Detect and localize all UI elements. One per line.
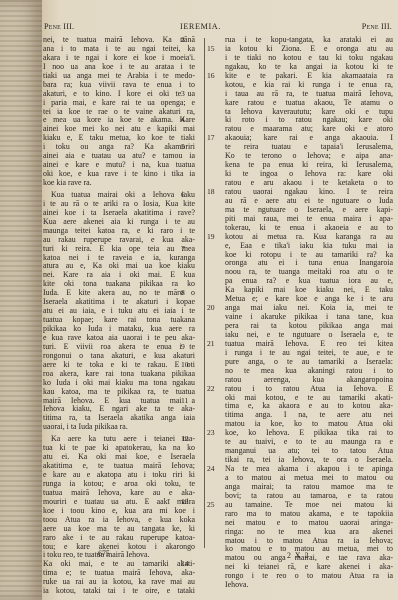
- line-text: tua ki te pae ki apatokerau, ka na ko: [43, 443, 195, 452]
- line-text: Kua tuatua mairai oki a Iehova iaku: [51, 190, 195, 199]
- line-text: piti mai raua, mei te enua maira i apa-: [225, 214, 393, 223]
- verse-number: 23: [207, 429, 215, 438]
- verse-number: 21: [207, 340, 215, 349]
- line-text: no te mea kua akaningi ratou i to: [225, 366, 393, 375]
- line-text: e kua rave katoa aia uaorai i te peu aka…: [43, 333, 195, 342]
- line-text: nei, te tuatua mairā Iehova. Ka nānā: [43, 35, 195, 44]
- line-text: uaorai, i ta Iuda pikikaa ra.: [43, 422, 128, 431]
- line-text: atu ei. Ka oki mai koe, e Iseraela: [43, 452, 195, 461]
- line-text: i toku ou anga ra? Ka akamoriri: [43, 142, 195, 151]
- header-chapter-left: Pene III.: [44, 22, 74, 31]
- line-text: e, Eaa e tika'i iaku kia tuku mai ia: [225, 241, 393, 250]
- line-text: e kare au e akatopa atu i toku riri ki: [43, 470, 195, 479]
- line-text: Kua aere akenei aia ki runga i te au: [43, 217, 195, 226]
- line-text: katoa nei i te raveia e ia, kuranga: [43, 253, 195, 262]
- line-text: au tamaine. Te moe nei matou ki: [225, 500, 393, 509]
- verse-number: 16: [207, 72, 215, 81]
- verse-number: 22: [207, 385, 215, 394]
- line-text: au rakau ruperupe ravarai, e kua aka-: [43, 235, 195, 244]
- line-text: koe, ko Iehova. E pikikaa tika rai to: [225, 428, 393, 437]
- line-text: rongo i te reo o to matou Atua ra ia: [225, 571, 393, 580]
- line-text: kite e te pakari. E kia akamaataia ra: [225, 71, 393, 80]
- line-text: bara ra; kua viivii rava te enua i to: [43, 80, 195, 89]
- line-text: atura au e, Ka oki mai ua koe kiaku: [43, 261, 195, 270]
- line-text: matou i to matou Atua ra ia Iehova;: [225, 536, 393, 545]
- line-text: pa enua ra? e kua tuatua iora au e,: [225, 276, 393, 285]
- line-text: manganui ua atu; tei to tatou Atua: [225, 446, 393, 455]
- line-text: pure anga, o te au tamariki a Iseraela:: [225, 357, 393, 366]
- line-text: anga mai iaku nei. Koia ia, mei te: [225, 303, 393, 312]
- line-text: ratou i to ratou Atua ia Iehova. E: [225, 384, 393, 393]
- line-text: ta Iehova kaveraututu; kare oki e tupu: [225, 107, 393, 116]
- line-text: nei. Kare ra aia i oki mai. E kua: [43, 270, 195, 279]
- line-text: raro ake i te au rakau ruperupe katoa-: [43, 533, 195, 542]
- line-text: tima e, ka akaora e au to kotou aka-: [225, 401, 393, 410]
- column-divider: [204, 38, 205, 548]
- line-text: maunga teitei katoa ra, e ki raro i te: [43, 226, 195, 235]
- running-header: Pene III. IEREMIA. Pene III.: [42, 22, 398, 34]
- line-text: ruke ua rai au ia kotou, ka rave mai au: [43, 577, 195, 586]
- line-text: tuatua mairā Iehova, kare au e aka-: [43, 488, 195, 497]
- line-text: tiaki ua anga mei te Arabia i te medo-: [43, 71, 195, 80]
- line-text: tei ia koe te rae o te vaine akaturi ra,: [43, 107, 195, 116]
- line-text: Ka kapiki mai koe kiaku nei, E taku: [225, 285, 393, 294]
- line-text: kau katoa, ma te pikikaa ra, te tuatua: [43, 387, 195, 396]
- line-text: i taua au rā ra, te tuatua mairā Iehova,: [225, 89, 393, 98]
- line-text: matou ia koe, ko to matou Atua oki: [225, 419, 393, 428]
- line-text: koe kia rave ra.: [43, 178, 92, 187]
- signature-mark: 2 X 2: [287, 551, 310, 560]
- line-text: akaouia; kare rai e anga akaouia. I: [225, 133, 393, 142]
- line-text: ma te ngutuare o Iseraela, e aere kapi-: [225, 205, 393, 214]
- line-text: akaturi, e to kino. I kore ei oki te ua: [43, 89, 195, 98]
- line-text: kotou, e kia rai ki runga i te enua ra,: [225, 80, 393, 89]
- line-text: bovi; ta ratou au tamaroa, e ta ratou: [225, 491, 393, 500]
- line-text: tuatua mairā Iehova. E reo tei kitea: [225, 339, 393, 348]
- line-text: ia kotou, tataki tai i te oire, e tataki: [43, 586, 195, 595]
- line-text: noou ra, te tuanga meitaki roa atu o te: [225, 267, 393, 276]
- line-text: pikikaa ko Iuda i mataku, kua aere ra: [43, 324, 195, 333]
- line-text: ki roto i to ratou ngakau; kare oki: [225, 115, 393, 124]
- line-text: i te tiaki no kotou e tau ki toku ngakau: [225, 53, 393, 62]
- verse-number: 17: [207, 134, 215, 143]
- line-text: tou; e kare akenei kotou i akarongo: [43, 542, 195, 551]
- line-text: oki mai kotou, e te au tamariki akati-: [225, 393, 393, 402]
- line-text: mairā Iehova. E kua tuatua mai a: [43, 396, 195, 405]
- line-text: te reira tuatau e tapaia'i Ierusalema,: [225, 142, 393, 151]
- line-text: ngakau, ko te ka angai ia kotou ki te: [225, 62, 393, 71]
- line-text: kena te pa enua ki reira, ki Ierusalema,: [225, 160, 393, 169]
- book-page: Pene III. IEREMIA. Pene III. nei, te tua…: [42, 0, 398, 600]
- line-text: au rā e aere atu ei te ngutuare o Iuda: [225, 196, 393, 205]
- text-line: uaorai, i ta Iuda pikikaa ra.: [43, 423, 195, 432]
- line-text: pera rai ta kotou pikikaa anga mai: [225, 321, 393, 330]
- book-gutter-facing-page: [0, 0, 42, 600]
- line-text: aere ua koe ma te au tangata ke, ki: [43, 524, 195, 533]
- line-text: turi ki reira. E kia ope teia au mea: [43, 244, 195, 253]
- text-line: ia kotou, tataki tai i te oire, e tataki: [43, 587, 195, 596]
- line-text: titima anga. I na, te aere atu nei: [225, 410, 393, 419]
- line-text: Ka aere ka tutu aere i teianei tua-: [51, 434, 195, 443]
- line-text: ana i to mata i te au ngai teitei, ka: [43, 44, 195, 53]
- line-text: I noo ua ana koe i te au arataa i te: [43, 62, 195, 71]
- line-text: Iehova kiaku, E ngari ake ta te aka-: [43, 404, 195, 413]
- text-line: rongo i te reo o to matou Atua ra ia: [225, 572, 393, 581]
- line-text: aere ki te toka e ki te rakau. E oti: [43, 360, 195, 369]
- line-text: ainei koe i ta Iseraela akatitima i rave…: [43, 208, 195, 217]
- line-text: oki koe, e kua rave i te kino i tika ia: [43, 169, 195, 178]
- line-text: akara i te ngai i kore ei koe i moeia'i.: [43, 53, 195, 62]
- line-text: koe i toou kino e, kua ara mi koe i: [43, 506, 195, 515]
- line-text: Ka oki mai, e te au tamariki akati-: [43, 559, 195, 568]
- line-text: ratou uaorai ngakau kino. I te reira: [225, 187, 393, 196]
- line-text: rua i te kopu-tangata, ka arataki ei au: [225, 35, 393, 44]
- verse-number: 25: [207, 501, 215, 510]
- line-text: titima ra, ta Iseraela akatika anga iaia: [43, 413, 195, 422]
- line-text: vaine i akaruke pikikaa i tana tane, kua: [225, 312, 393, 321]
- header-book-title: IEREMIA.: [180, 22, 221, 31]
- line-text: ainei koe mei ko nei atu e kapiki mai: [43, 124, 195, 133]
- verse-number: 15: [207, 45, 215, 54]
- verse-number: 24: [207, 465, 215, 474]
- verse-number: 20: [207, 304, 215, 313]
- verse-number: 18: [207, 188, 215, 197]
- line-text: tima e; te tuatua mairā Iehova, aka-: [43, 568, 195, 577]
- text-line: koe kia rave ra.: [43, 179, 195, 188]
- line-text: kotou ai metua ra. Kua karanga ra au: [225, 232, 393, 241]
- line-text: nei matou e to matou uaorai aringa-: [225, 518, 393, 527]
- line-text: ratou e aru akaou i te ketaketa o to: [225, 178, 393, 187]
- line-text: e mea ua kore ia koe te akama. Kare: [43, 115, 195, 124]
- line-text: tokerau, ki te enua i akaoeia e au to: [225, 223, 393, 232]
- line-text: mouriri e tuatau ua atu. E aakī maira: [43, 497, 195, 506]
- line-text: rongonui o tana akaturi, e kua akaturi: [43, 351, 195, 360]
- line-text: oronga atu ei i tuna enua Inangaroia: [225, 258, 393, 267]
- line-text: tikai ra, tei ia Iehova, te ora o Iserae…: [225, 455, 393, 464]
- line-text: ko Iuda i oki mai kiaku ma tona ngakau: [43, 378, 195, 387]
- line-text: atu ei au iaia, e i tuku atu ei iaia i t…: [43, 306, 195, 315]
- line-text: nei ki teianei rā, e kare akenei i aka-: [225, 562, 393, 571]
- line-text: raro ma to matou akama, e te tapokiia: [225, 509, 393, 518]
- line-text: anga mairai; ta ratou mamoe ma te: [225, 482, 393, 491]
- line-text: iaku nei, e te ngutuare o Iseraela e, te: [225, 330, 393, 339]
- line-text: ratou e maarama atu; kare oki e atoro: [225, 124, 393, 133]
- line-text: ratou aerenga, kua akangaropoina: [225, 375, 393, 384]
- line-text: runga ia kotou; e aroa oki toku, te: [43, 479, 195, 488]
- line-text: Ko te terono o Iehova; e aipa ana-: [225, 151, 393, 160]
- line-text: toou Atua ra ia Iehova, e kua koka: [43, 515, 195, 524]
- line-text: tuatua kopae; kare rai tona tuakana: [43, 315, 195, 324]
- page-number: 675: [98, 549, 110, 558]
- line-text: i paria mai, e kare rai te ua openga; e: [43, 98, 195, 107]
- line-text: Iehova.: [225, 580, 248, 589]
- line-text: Iuda. E kite akera au, no te māro o: [43, 288, 195, 297]
- line-text: te au tuaivi, e to te au maunga ra e: [225, 437, 393, 446]
- line-text: a to matou ai metua mei to matou ou: [225, 473, 393, 482]
- verse-number: 19: [207, 233, 215, 242]
- line-text: kite oki tona tuakana pikikaa ra ko: [43, 279, 195, 288]
- line-text: akatitima e, te tuatua mairā Iehova;: [43, 461, 195, 470]
- line-text: i toku reo, te tuatua mairā Iehova.: [43, 550, 149, 559]
- line-text: Metua e; e kare koe e anga ke i te aru: [225, 294, 393, 303]
- line-text: i te au rā o te ariki ra o Iosia, Kua ki…: [43, 199, 195, 208]
- line-text: ainei e kare e mutu? i na, kua tuatua: [43, 160, 195, 169]
- right-text-column: rua i te kopu-tangata, ka arataki ei aui…: [225, 36, 393, 590]
- line-text: turi. E viivii roa akera te enua i te: [43, 342, 195, 351]
- left-text-column: nei, te tuatua mairā Iehova. Ka nānā2ana…: [43, 36, 195, 596]
- line-text: koe ki rotopu i te au tamariki ra? ka: [225, 250, 393, 259]
- line-text: roa akera, kare rai tona tuakana pikikaa: [43, 369, 195, 378]
- line-text: ainei aia e tuatau ua atu? e tamou ia: [43, 151, 195, 160]
- header-chapter-right: Pene III.: [362, 22, 392, 31]
- line-text: i runga i te au ngai teitei, te aue, e t…: [225, 348, 393, 357]
- line-text: kiaku e, E taku metua, ko koe te tiaki: [43, 133, 195, 142]
- line-text: ia kotou ki Ziona. E e oronga atu au: [225, 44, 393, 53]
- line-text: Iseraela akatitima i te akaturi i kopae: [43, 297, 195, 306]
- text-line: Iehova.: [225, 581, 393, 590]
- line-text: ringa: no te mea kua ara akenei: [225, 527, 393, 536]
- line-text: kare ratou e tuatua akaou, Te atamu o: [225, 98, 393, 107]
- line-text: ki te ingoa o Iehova ra: kare oki: [225, 169, 393, 178]
- line-text: Na te mea akama i akapou i te apinga: [225, 464, 393, 473]
